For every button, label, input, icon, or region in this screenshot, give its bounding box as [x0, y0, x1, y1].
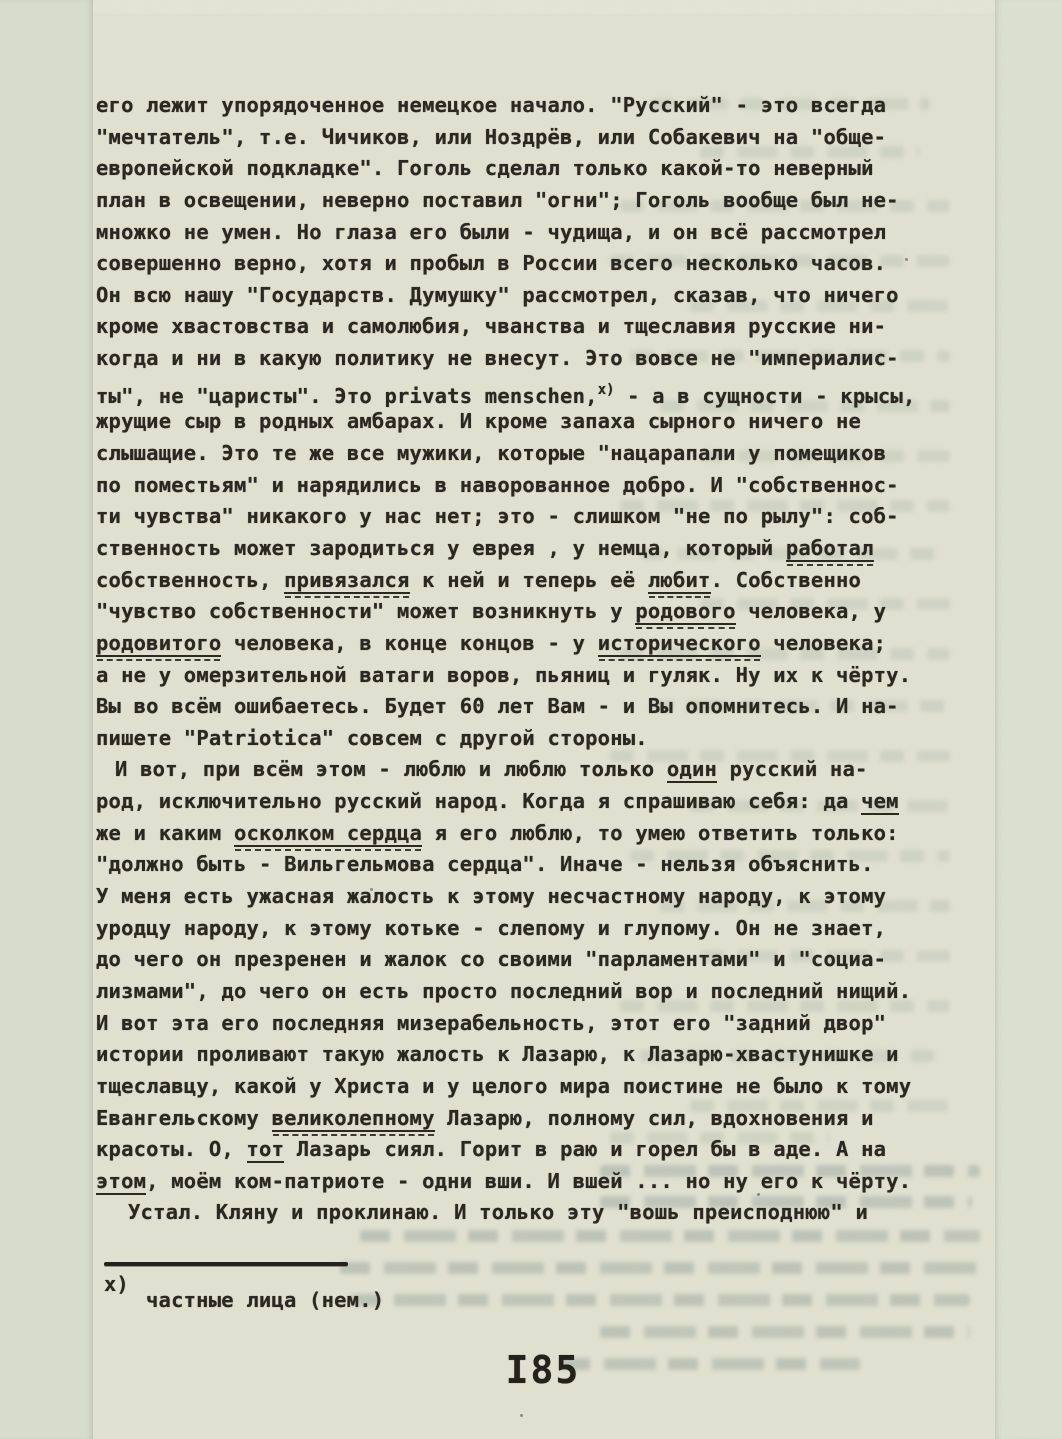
text-segment: совершенно верно, хотя и пробыл в России… [96, 251, 886, 275]
text-segment: У меня есть ужасная жалость к этому несч… [96, 884, 886, 908]
text-segment: род, исключительно русский народ. Когда … [96, 789, 861, 813]
text-segment: родовитого [96, 631, 221, 657]
text-segment: Вы во всём ошибаетесь. Будет 60 лет Вам … [96, 694, 899, 718]
text-line: этом, моём ком-патриоте - одни вши. И вш… [96, 1166, 956, 1198]
text-segment: Евангельскому [96, 1106, 272, 1130]
page-top-edge [93, 0, 995, 14]
text-segment: один [667, 757, 717, 783]
text-segment: великолепному [272, 1106, 435, 1132]
text-line: "должно быть - Вильгельмова сердца". Ина… [96, 849, 956, 881]
text-line: пишете "Patriotica" совсем с другой стор… [96, 723, 956, 755]
page-right-edge [995, 0, 1062, 1439]
text-segment: я его люблю, то умею ответить только: [422, 821, 899, 845]
text-segment: человека, у [736, 599, 887, 623]
text-line: когда и ни в какую политику не внесут. Э… [96, 343, 956, 375]
footnote-text: частные лица (нем.) [146, 1288, 384, 1312]
text-segment: тот [247, 1137, 285, 1163]
text-segment: истории проливают такую жалость к Лазарю… [96, 1042, 899, 1066]
text-segment: исторического [598, 631, 761, 657]
page-left-edge [0, 0, 93, 1439]
text-line: истории проливают такую жалость к Лазарю… [96, 1039, 956, 1071]
text-segment: любит [648, 568, 711, 594]
text-segment: красоты. О, [96, 1137, 247, 1161]
text-line: У меня есть ужасная жалость к этому несч… [96, 881, 956, 913]
text-line: множко не умен. Но глаза его были - чуди… [96, 217, 956, 249]
text-segment: пишете "Patriotica" совсем с другой стор… [96, 726, 648, 750]
text-segment: Лазарь сиял. Горит в раю и горел бы в ад… [284, 1137, 886, 1161]
text-line: красоты. О, тот Лазарь сиял. Горит в раю… [96, 1134, 956, 1166]
bleedthrough-ghost-line [360, 1230, 980, 1242]
text-line: И вот, при всём этом - люблю и люблю тол… [96, 754, 956, 786]
dust-speck [520, 1414, 523, 1417]
typed-text-body: его лежит упорядоченное немецкое начало.… [96, 90, 956, 1229]
text-segment: привязался [284, 568, 409, 594]
text-segment: уродцу народу, к этому котьке - слепому … [96, 916, 886, 940]
text-segment: европейской подкладке". Гоголь сделал то… [96, 156, 874, 180]
text-segment: лизмами", до чего он есть просто последн… [96, 979, 911, 1003]
text-line: И вот эта его последняя мизерабельность,… [96, 1008, 956, 1040]
text-segment: множко не умен. Но глаза его были - чуди… [96, 220, 886, 244]
text-segment: . Собственно [711, 568, 862, 592]
text-segment: жрущие сыр в родных амбарах. И кроме зап… [96, 409, 861, 433]
text-line: ты", не "царисты". Это privats menschen,… [96, 375, 956, 407]
text-line: жрущие сыр в родных амбарах. И кроме зап… [96, 406, 956, 438]
text-line: Евангельскому великолепному Лазарю, полн… [96, 1103, 956, 1135]
text-line: лизмами", до чего он есть просто последн… [96, 976, 956, 1008]
text-segment: русский на- [717, 757, 868, 781]
text-segment: И вот, при всём этом - люблю и люблю тол… [115, 757, 667, 781]
text-segment: "мечтатель", т.е. Чичиков, или Ноздрёв, … [96, 125, 886, 149]
text-segment: его лежит упорядоченное немецкое начало.… [96, 93, 886, 117]
text-line: уродцу народу, к этому котьке - слепому … [96, 913, 956, 945]
text-segment: по поместьям" и нарядились в наворованно… [96, 473, 899, 497]
footnote-marker: х) [104, 1272, 129, 1296]
text-segment: ти чувства" никакого у нас нет; это - сл… [96, 504, 899, 528]
bleedthrough-ghost-line [600, 1326, 970, 1338]
text-line: ственность может зародиться у еврея , у … [96, 533, 956, 565]
text-line: слышащие. Это те же все мужики, которые … [96, 438, 956, 470]
text-segment: к ней и теперь её [410, 568, 648, 592]
text-segment: Он всю нашу "Государств. Думушку" рассмо… [96, 283, 899, 307]
text-segment: "чувство собственности" может возникнуть… [96, 599, 635, 623]
bleedthrough-ghost-line [350, 1294, 970, 1306]
text-segment: , моём ком-патриоте - одни вши. И вшей .… [146, 1169, 911, 1193]
text-segment: - а в сущности - крысы, [615, 384, 916, 408]
text-line: Устал. Кляну и проклинаю. И только эту "… [96, 1197, 956, 1229]
text-segment: ственность может зародиться у еврея , у … [96, 536, 786, 560]
bleedthrough-ghost-line [340, 1262, 980, 1274]
page-number: I85 [0, 1348, 1062, 1392]
text-line: собственность, привязался к ней и теперь… [96, 565, 956, 597]
text-segment: родового [635, 599, 735, 625]
text-segment: чем [861, 789, 899, 815]
text-line: "мечтатель", т.е. Чичиков, или Ноздрёв, … [96, 122, 956, 154]
text-line: его лежит упорядоченное немецкое начало.… [96, 90, 956, 122]
text-line: а не у омерзительной ватаги воров, пьяни… [96, 660, 956, 692]
text-line: "чувство собственности" может возникнуть… [96, 596, 956, 628]
text-line: родовитого человека, в конце концов - у … [96, 628, 956, 660]
text-segment: этом [96, 1169, 146, 1195]
text-line: кроме хвастовства и самолюбия, чванства … [96, 311, 956, 343]
text-segment: же и каким [96, 821, 234, 845]
text-line: Вы во всём ошибаетесь. Будет 60 лет Вам … [96, 691, 956, 723]
text-line: же и каким осколком сердца я его люблю, … [96, 818, 956, 850]
footnote-reference-mark: х) [598, 382, 615, 398]
text-segment: Лазарю, полному сил, вдохновения и [435, 1106, 874, 1130]
text-line: Он всю нашу "Государств. Думушку" рассмо… [96, 280, 956, 312]
text-segment: человека; [761, 631, 886, 655]
text-line: ти чувства" никакого у нас нет; это - сл… [96, 501, 956, 533]
text-segment: "должно быть - Вильгельмова сердца". Ина… [96, 852, 874, 876]
text-segment: тщеславцу, какой у Христа и у целого мир… [96, 1074, 911, 1098]
text-line: род, исключительно русский народ. Когда … [96, 786, 956, 818]
text-segment: кроме хвастовства и самолюбия, чванства … [96, 314, 886, 338]
scanned-typewritten-page: его лежит упорядоченное немецкое начало.… [0, 0, 1062, 1439]
text-line: до чего он презренен и жалок со своими "… [96, 944, 956, 976]
text-segment: когда и ни в какую политику не внесут. Э… [96, 346, 899, 370]
text-segment: Устал. Кляну и проклинаю. И только эту "… [128, 1200, 868, 1224]
text-line: европейской подкладке". Гоголь сделал то… [96, 153, 956, 185]
text-line: план в освещении, неверно поставил "огни… [96, 185, 956, 217]
text-segment: а не у омерзительной ватаги воров, пьяни… [96, 663, 911, 687]
text-segment: план в освещении, неверно поставил "огни… [96, 188, 899, 212]
text-segment: ты", не "царисты". Это privats menschen, [96, 384, 598, 408]
text-segment: человека, в конце концов - у [221, 631, 597, 655]
text-segment: И вот эта его последняя мизерабельность,… [96, 1011, 886, 1035]
text-line: совершенно верно, хотя и пробыл в России… [96, 248, 956, 280]
text-segment: осколком сердца [234, 821, 422, 847]
text-segment: слышащие. Это те же все мужики, которые … [96, 441, 886, 465]
text-line: тщеславцу, какой у Христа и у целого мир… [96, 1071, 956, 1103]
footnote-separator-rule [104, 1262, 348, 1266]
text-segment: до чего он презренен и жалок со своими "… [96, 947, 886, 971]
text-segment: собственность, [96, 568, 284, 592]
text-segment: работал [786, 536, 874, 562]
text-line: по поместьям" и нарядились в наворованно… [96, 470, 956, 502]
